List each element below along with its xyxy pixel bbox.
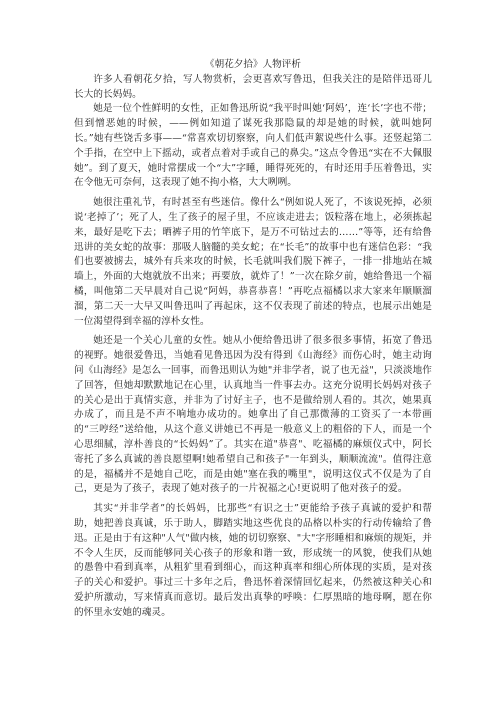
paragraph-conclusion: 其实“并非学者”的长妈妈，比那些“有识之士”更能给予孩子真诚的爱护和帮助，她把善… bbox=[74, 502, 432, 620]
paragraph-intro: 许多人看朝花夕拾，写人物赏析，会更喜欢写鲁迅，但我关注的是陪伴迅哥儿长大的长妈妈… bbox=[74, 73, 432, 103]
paragraph-etiquette-superstition: 她很注重礼节，有时甚至有些迷信。像什么“例如说人死了，不该说死掉，必须说‘老掉了… bbox=[74, 196, 432, 329]
document-title: 《朝花夕拾》人物评析 bbox=[74, 58, 432, 73]
paragraph-caring-for-children: 她还是一个关心儿童的女性。她从小便给鲁迅讲了很多很多事情，拓宽了鲁迅的视野。她很… bbox=[74, 334, 432, 497]
paragraph-personality: 她是一位个性鲜明的女性，正如鲁迅所说“我平时叫她‘阿妈’，连‘长’字也不带；但到… bbox=[74, 102, 432, 191]
document-page: 《朝花夕拾》人物评析 许多人看朝花夕拾，写人物赏析，会更喜欢写鲁迅，但我关注的是… bbox=[74, 58, 432, 620]
